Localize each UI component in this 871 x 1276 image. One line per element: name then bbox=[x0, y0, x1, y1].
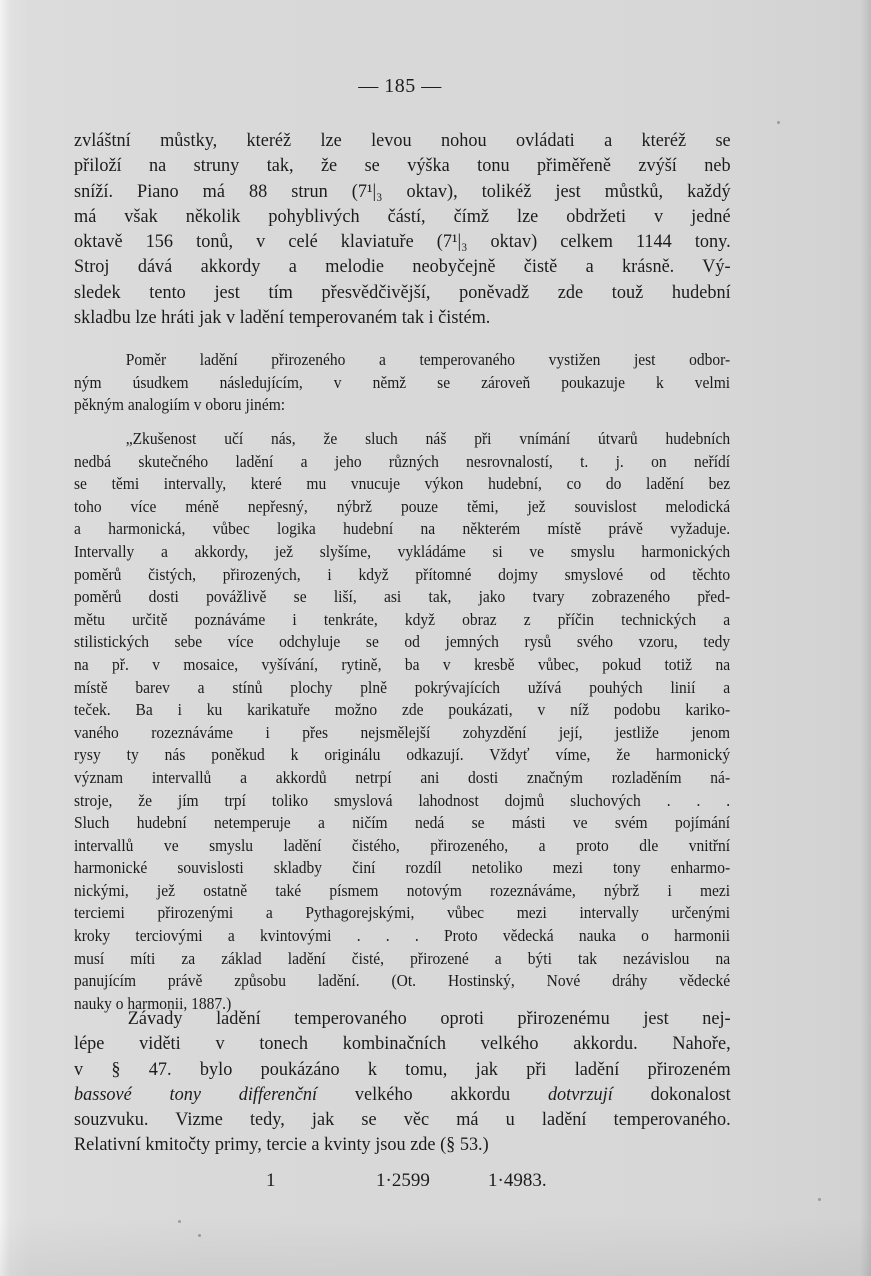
text-line: skladbu lze hráti jak v ladění temperova… bbox=[74, 305, 731, 330]
page-number: — 185 — bbox=[0, 75, 800, 98]
text-line: stroje, že jím trpí toliko smyslová laho… bbox=[74, 790, 730, 813]
text-line: nedbá skutečného ladění a jeho různých n… bbox=[74, 451, 730, 474]
text-line: rysy ty nás poněkud k originálu odkazují… bbox=[74, 744, 730, 767]
text-line: Poměr ladění přirozeného a temperovaného… bbox=[74, 349, 730, 372]
text-line: Sluch hudební netemperuje a ničím nedá s… bbox=[74, 812, 730, 835]
text-line: pěkným analogiím v oboru jiném: bbox=[74, 394, 730, 417]
text-line: „Zkušenost učí nás, že sluch náš při vní… bbox=[74, 428, 730, 451]
text-line: harmonické souvislosti skladby činí rozd… bbox=[74, 857, 730, 880]
text-line: Intervally a akkordy, jež slyšíme, vyklá… bbox=[74, 541, 730, 564]
text-line: lépe viděti v tonech kombinačních velkéh… bbox=[74, 1031, 731, 1056]
text-line: panujícím právě způsobu ladění. (Ot. Hos… bbox=[74, 970, 730, 993]
text-line: ným úsudkem následujícím, v němž se záro… bbox=[74, 372, 730, 395]
text-line: přiloží na struny tak, že se výška tonu … bbox=[74, 153, 731, 178]
value-prime: 1 bbox=[266, 1170, 276, 1192]
text-line: zvláštní můstky, kteréž lze levou nohou … bbox=[74, 128, 731, 153]
emphasis-bass-difference-tones: bassové tony differenční bbox=[74, 1084, 317, 1105]
text-line: Stroj dává akkordy a melodie neobyčejně … bbox=[74, 254, 731, 279]
text-line: musí míti za základ ladění čisté, přiroz… bbox=[74, 948, 730, 971]
text-line: má však několik pohyblivých částí, čímž … bbox=[74, 204, 731, 229]
text-line: na př. v mosaice, vyšívání, rytině, ba v… bbox=[74, 654, 730, 677]
scanned-book-page: — 185 — zvláštní můstky, kteréž lze levo… bbox=[0, 0, 871, 1276]
text-line: souzvuku. Vizme tedy, jak se věc má u la… bbox=[74, 1107, 731, 1132]
paper-speck bbox=[818, 1198, 821, 1201]
text-line: vaného rozeznáváme i přes nejsmělejší zo… bbox=[74, 722, 730, 745]
text-line: kroky terciovými a kvintovými . . . Prot… bbox=[74, 925, 730, 948]
text-line: Relativní kmitočty primy, tercie a kvint… bbox=[74, 1132, 731, 1157]
relative-frequency-values: 1 1·2599 1·4983. bbox=[0, 1170, 871, 1200]
paper-speck bbox=[198, 1234, 201, 1237]
text-line: sníží. Piano má 88 strun (7¹|₃ oktav), t… bbox=[74, 179, 731, 204]
text-line: poměrů dosti povážlivě se liší, asi tak,… bbox=[74, 586, 730, 609]
text-line: místě barev a stínů plochy plně pokrývaj… bbox=[74, 677, 730, 700]
paragraph-tuning-ratio-intro: Poměr ladění přirozeného a temperovaného… bbox=[74, 349, 730, 417]
text-line: poměrů čistých, přirozených, i když přít… bbox=[74, 564, 730, 587]
text-line: intervallů ve smyslu ladění čistého, při… bbox=[74, 835, 730, 858]
paragraph-piano-description: zvláštní můstky, kteréž lze levou nohou … bbox=[74, 128, 730, 330]
text-fragment: dokonalost bbox=[613, 1084, 731, 1105]
emphasis-confirm: dotvrzují bbox=[548, 1084, 613, 1105]
text-line: mětu určitě poznáváme i tenkráte, když o… bbox=[74, 609, 730, 632]
text-line: sledek tento jest tím přesvědčivější, po… bbox=[74, 280, 731, 305]
text-line: toho více méně nepřesný, nýbrž pouze těm… bbox=[74, 496, 730, 519]
paper-speck bbox=[777, 121, 780, 124]
value-fifth: 1·4983. bbox=[488, 1170, 547, 1192]
text-line-with-emphasis: bassové tony differenční velkého akkordu… bbox=[74, 1082, 731, 1107]
text-line: a harmonická, vůbec logika hudební na ně… bbox=[74, 518, 730, 541]
text-line: Závady ladění temperovaného oproti přiro… bbox=[74, 1006, 731, 1031]
text-line: nickými, jež ostatně také písmem notovým… bbox=[74, 880, 730, 903]
paper-speck bbox=[178, 1220, 181, 1223]
text-line: stilistických sebe více odchyluje se od … bbox=[74, 631, 730, 654]
text-line: oktavě 156 tonů, v celé klaviatuře (7¹|₃… bbox=[74, 229, 731, 254]
quotation-hostinsky: „Zkušenost učí nás, že sluch náš při vní… bbox=[74, 428, 730, 1015]
text-line: se těmi intervally, které mu vnucuje výk… bbox=[74, 473, 730, 496]
text-line: v § 47. bylo poukázáno k tomu, jak při l… bbox=[74, 1057, 731, 1082]
text-line: teček. Ba i ku karikatuře možno zde pouk… bbox=[74, 699, 730, 722]
paragraph-tempered-tuning-defects: Závady ladění temperovaného oproti přiro… bbox=[74, 1006, 730, 1158]
text-line: terciemi přirozenými a Pythagorejskými, … bbox=[74, 902, 730, 925]
text-line: význam intervallů a akkordů netrpí ani d… bbox=[74, 767, 730, 790]
text-fragment: velkého akkordu bbox=[317, 1084, 548, 1105]
value-third: 1·2599 bbox=[376, 1170, 430, 1192]
